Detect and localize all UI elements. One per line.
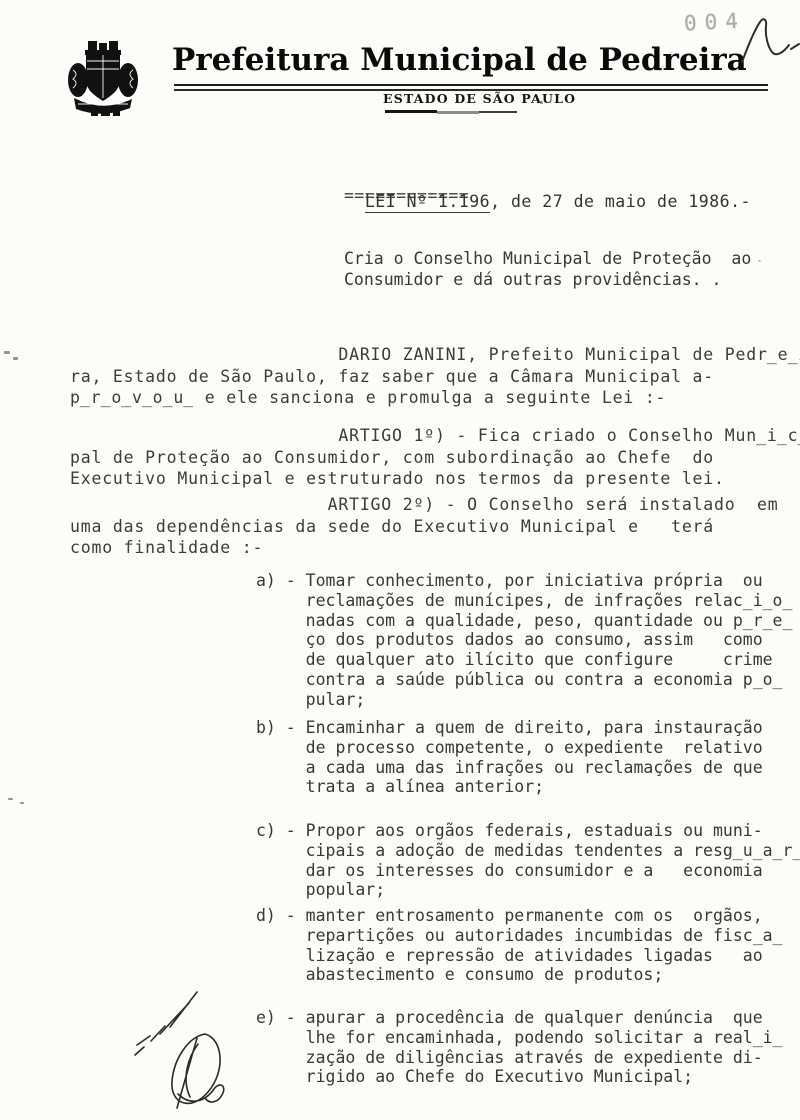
item-e: e) - apurar a procedência de qualquer de… (256, 1008, 783, 1087)
scan-artifact (20, 802, 24, 804)
item-a: a) - Tomar conhecimento, por iniciativa … (256, 571, 792, 710)
pen-mark (722, 12, 800, 70)
artigo-1-paragraph: ARTIGO 1º) - Fica criado o Conselho Mun̲… (70, 425, 800, 490)
scan-artifact (8, 798, 13, 800)
scan-artifact (4, 351, 10, 354)
subtitle-underline (385, 110, 517, 114)
state-subtitle: ESTADO DE SÃO PAULO (383, 91, 576, 106)
law-title-dashes: ============ (344, 186, 469, 206)
scan-artifact (13, 357, 18, 360)
municipality-title: Prefeitura Municipal de Pedreira (172, 42, 747, 78)
law-date: , de 27 de maio de 1986.- (490, 192, 751, 211)
artigo-2-paragraph: ARTIGO 2º) - O Conselho será instalado e… (70, 494, 778, 559)
header-double-rule (174, 84, 768, 91)
scan-artifact (540, 101, 543, 104)
signature-scribble (128, 978, 253, 1116)
scanned-law-page: { "page": { "number_stamp": "004" }, "he… (0, 0, 800, 1120)
item-c: c) - Propor aos orgãos federais, estadua… (256, 821, 800, 900)
preamble-paragraph: DARIO ZANINI, Prefeito Municipal de Pedr… (70, 344, 800, 409)
item-d: d) - manter entrosamento permanente com … (256, 906, 783, 985)
scan-artifact (758, 260, 761, 262)
law-summary: Cria o Conselho Municipal de Proteção ao… (344, 248, 751, 290)
coat-of-arms (66, 40, 140, 120)
item-b: b) - Encaminhar a quem de direito, para … (256, 718, 763, 797)
